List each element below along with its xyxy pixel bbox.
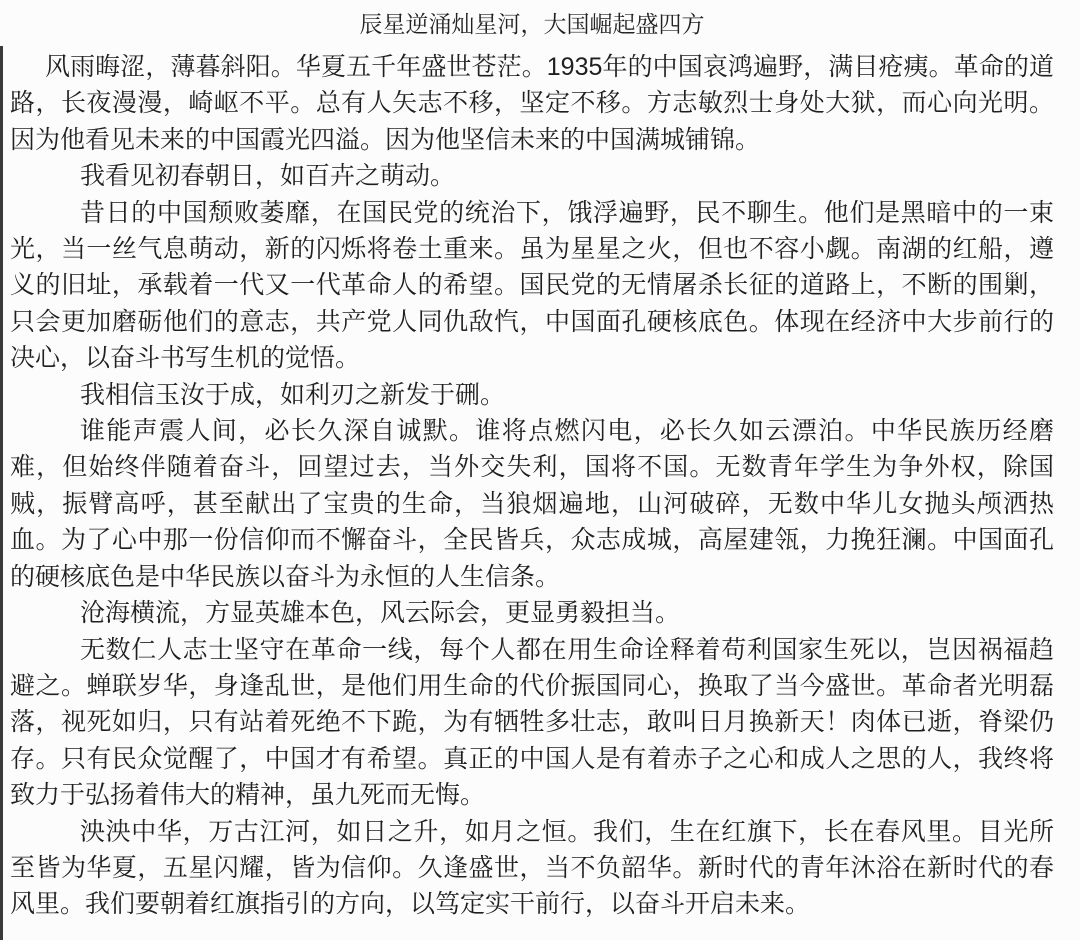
paragraph-1: 风雨晦涩，薄暮斜阳。华夏五千年盛世苍茫。1935年的中国哀鸿遍野，满目疮痍。革命… — [10, 49, 1054, 158]
paragraph-3: 昔日的中国颓败萎靡，在国民党的统治下，饿浮遍野，民不聊生。他们是黑暗中的一束光，… — [10, 195, 1054, 377]
paragraph-4: 我相信玉汝于成，如利刃之新发于硎。 — [10, 377, 1054, 413]
paragraph-8: 泱泱中华，万古江河，如日之升，如月之恒。我们，生在红旗下，长在春风里。目光所至皆… — [10, 814, 1054, 923]
paragraph-5: 谁能声震人间，必长久深自诚默。谁将点燃闪电，必长久如云漂泊。中华民族历经磨难，但… — [10, 413, 1054, 595]
paragraph-6: 沧海横流，方显英雄本色，风云际会，更显勇毅担当。 — [10, 595, 1054, 631]
document-page: 辰星逆涌灿星河，大国崛起盛四方 风雨晦涩，薄暮斜阳。华夏五千年盛世苍茫。1935… — [0, 0, 1080, 940]
paragraph-7: 无数仁人志士坚守在革命一线，每个人都在用生命诠释着苟利国家生死以，岂因祸福趋避之… — [10, 632, 1054, 814]
document-title: 辰星逆涌灿星河，大国崛起盛四方 — [10, 8, 1054, 40]
paragraph-2: 我看见初春朝日，如百卉之萌动。 — [10, 158, 1054, 194]
left-border-line — [0, 46, 3, 940]
